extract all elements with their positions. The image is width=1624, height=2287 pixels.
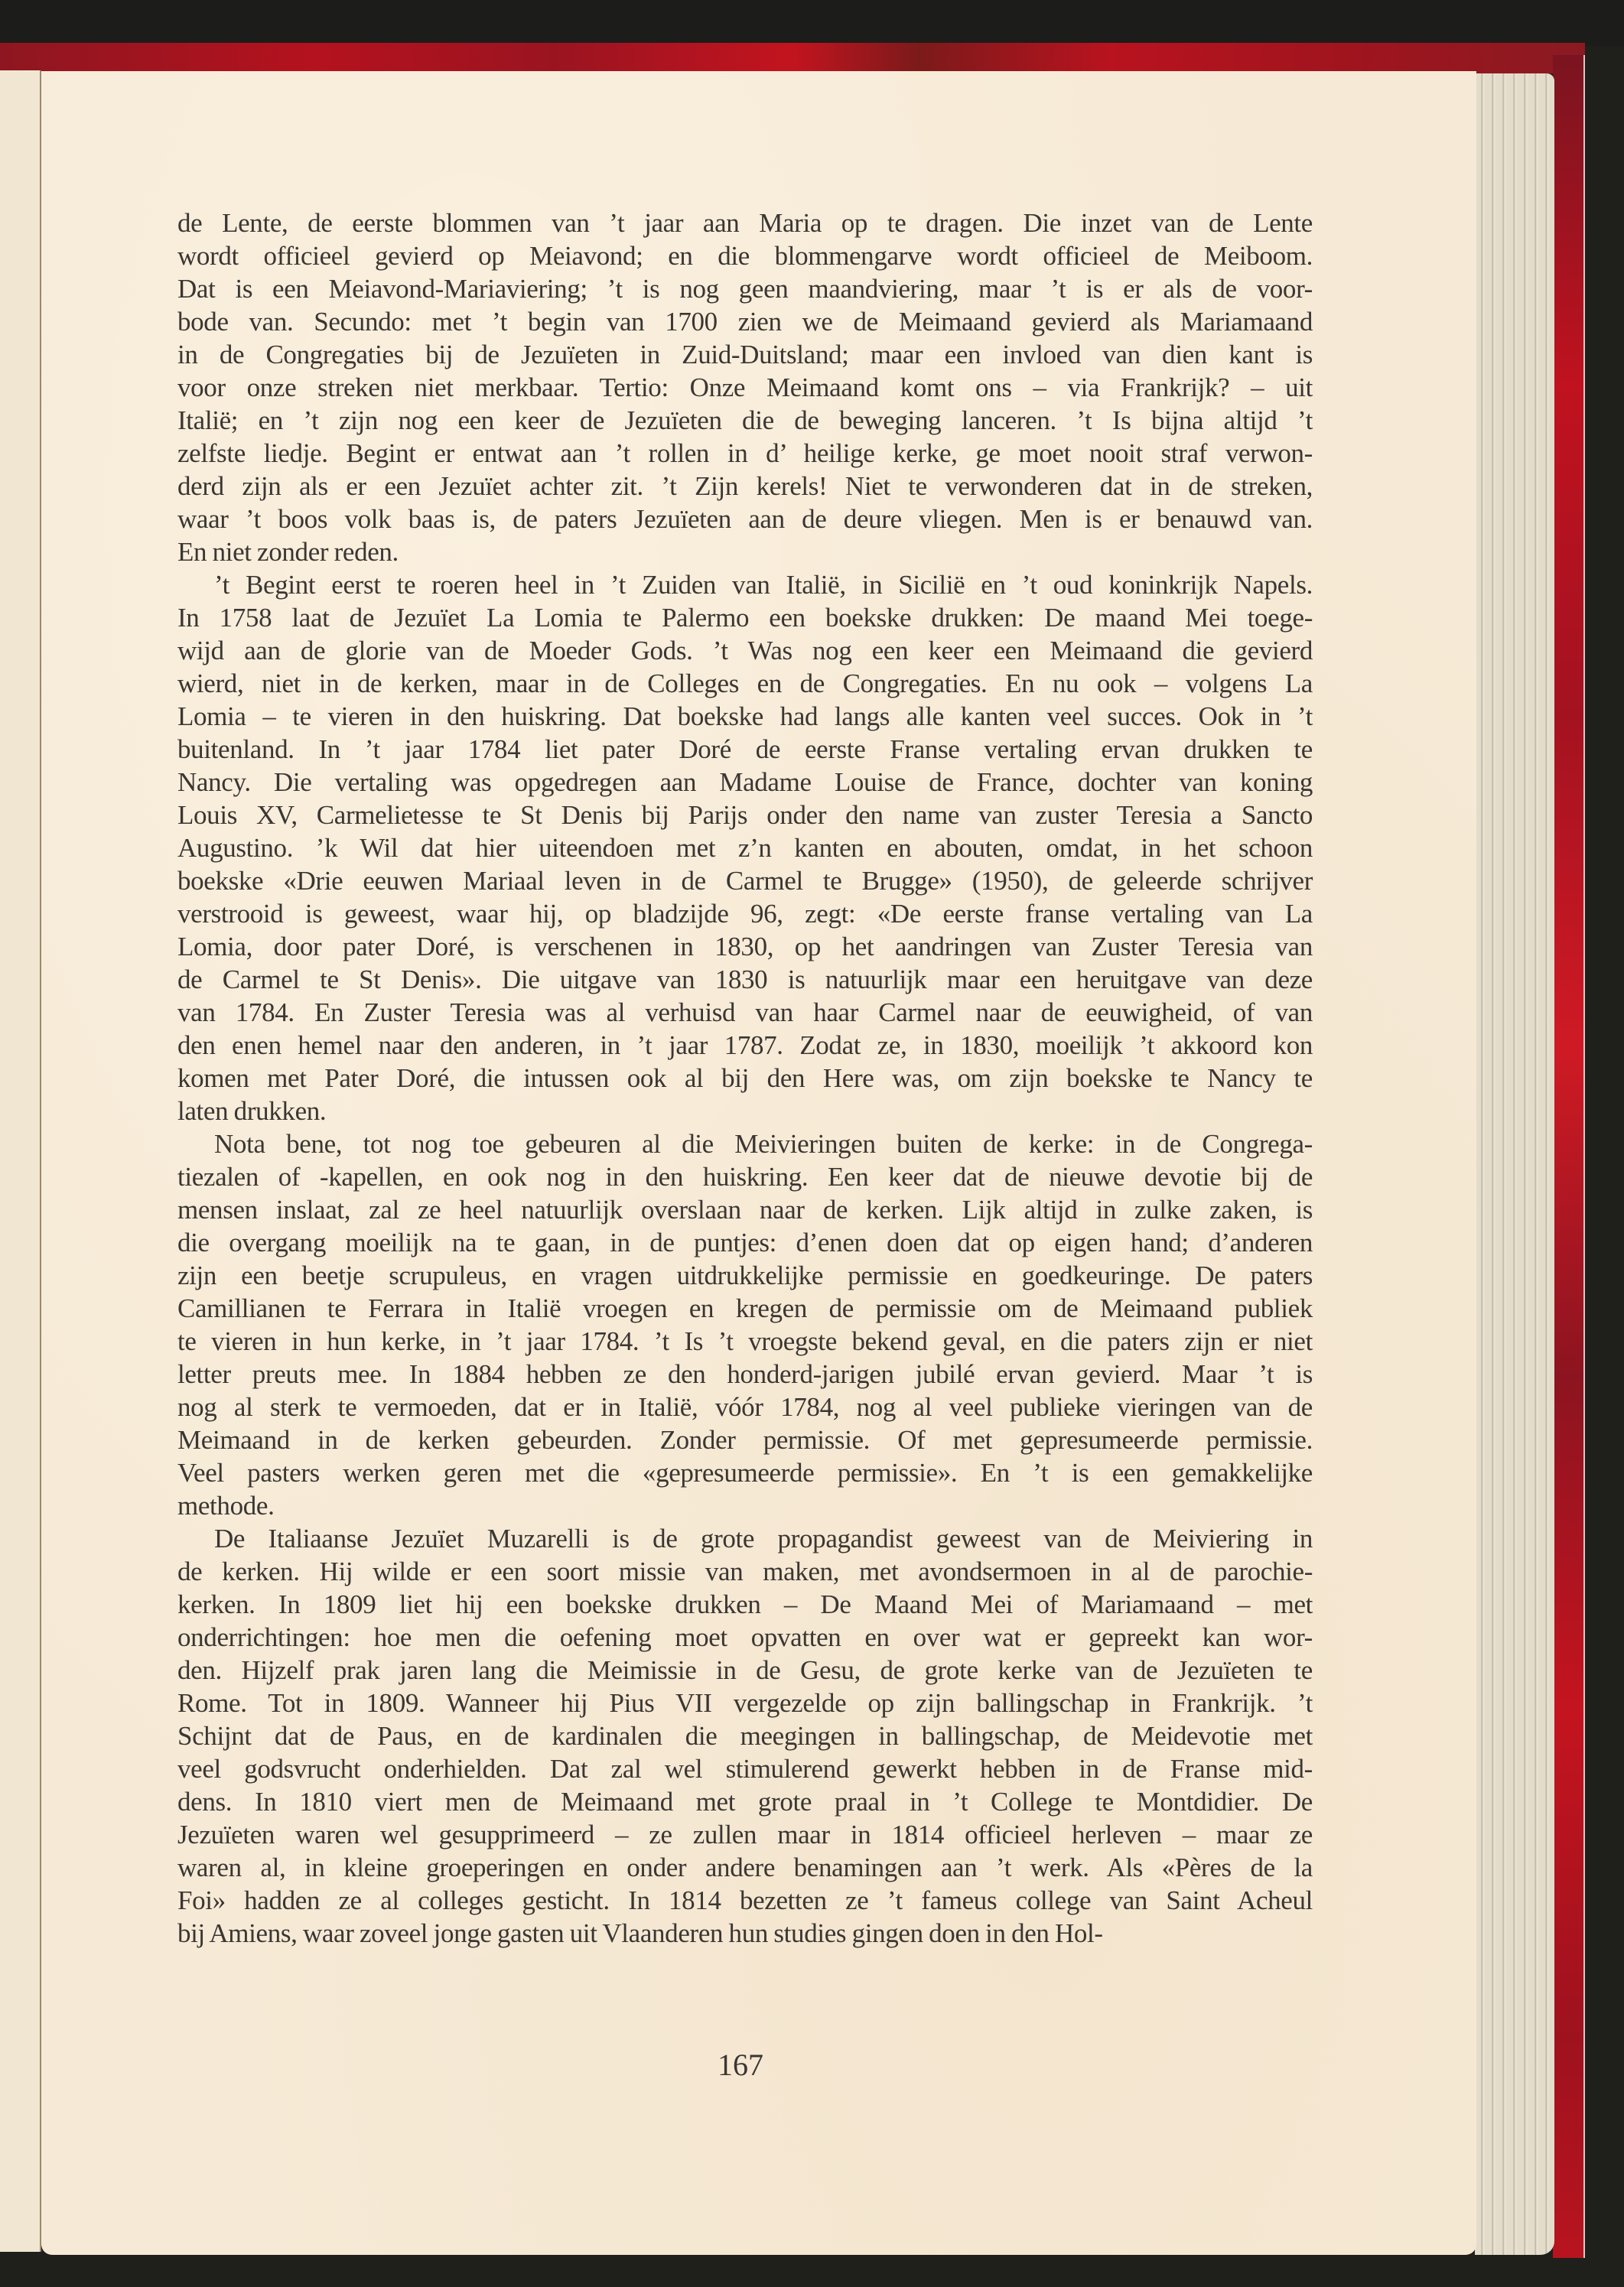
text-line: Louis XV, Carmelietesse te St Denis bij … [177, 799, 1313, 831]
text-line: de kerken. Hij wilde er een soort missie… [177, 1555, 1313, 1588]
book-cover-top-edge [0, 43, 1585, 73]
text-line: bij Amiens, waar zoveel jonge gasten uit… [177, 1917, 1313, 1950]
paragraph: de Lente, de eerste blommen van ’t jaar … [177, 207, 1313, 568]
text-line: Camillianen te Ferrara in Italië vroegen… [177, 1292, 1313, 1325]
previous-page-edge [0, 70, 40, 2252]
text-line: letter preuts mee. In 1884 hebben ze den… [177, 1358, 1313, 1391]
text-line: den. Hijzelf prak jaren lang die Meimiss… [177, 1654, 1313, 1687]
scan-background [0, 0, 1624, 46]
text-line: in de Congregaties bij de Jezuïeten in Z… [177, 338, 1313, 371]
text-line: te vieren in hun kerke, in ’t jaar 1784.… [177, 1325, 1313, 1358]
text-line: En niet zonder reden. [177, 535, 1313, 568]
page-number: 167 [718, 2047, 763, 2084]
text-line: boekske «Drie eeuwen Mariaal leven in de… [177, 864, 1313, 897]
text-line: waren al, in kleine groeperingen en onde… [177, 1851, 1313, 1884]
text-line: Augustino. ’k Wil dat hier uiteendoen me… [177, 831, 1313, 864]
text-line: mensen inslaat, zal ze heel natuurlijk o… [177, 1193, 1313, 1226]
text-line: veel godsvrucht onderhielden. Dat zal we… [177, 1752, 1313, 1785]
text-line: Italië; en ’t zijn nog een keer de Jezuï… [177, 404, 1313, 437]
paragraph: ’t Begint eerst te roeren heel in ’t Zui… [177, 568, 1313, 1127]
text-line: van 1784. En Zuster Teresia was al verhu… [177, 996, 1313, 1029]
text-line: De Italiaanse Jezuïet Muzarelli is de gr… [177, 1522, 1313, 1555]
text-line: wierd, niet in de kerken, maar in de Col… [177, 667, 1313, 700]
text-line: die overgang moeilijk na te gaan, in de … [177, 1226, 1313, 1259]
text-line: voor onze streken niet merkbaar. Tertio:… [177, 371, 1313, 404]
text-line: Lomia – te vieren in den huiskring. Dat … [177, 700, 1313, 733]
text-line: tiezalen of -kapellen, en ook nog in den… [177, 1160, 1313, 1193]
text-line: wordt officieel gevierd op Meiavond; en … [177, 239, 1313, 272]
page-body-text: de Lente, de eerste blommen van ’t jaar … [177, 207, 1313, 1950]
text-line: de Lente, de eerste blommen van ’t jaar … [177, 207, 1313, 239]
text-line: Schijnt dat de Paus, en de kardinalen di… [177, 1719, 1313, 1752]
book-cover-right-edge [1553, 55, 1585, 2258]
text-line: derd zijn als er een Jezuïet achter zit.… [177, 470, 1313, 503]
page-stack-edges [1475, 73, 1554, 2255]
text-line: de Carmel te St Denis». Die uitgave van … [177, 963, 1313, 996]
text-line: verstrooid is geweest, waar hij, op blad… [177, 897, 1313, 930]
text-line: Nancy. Die vertaling was opgedregen aan … [177, 766, 1313, 799]
text-line: Rome. Tot in 1809. Wanneer hij Pius VII … [177, 1687, 1313, 1719]
text-line: buitenland. In ’t jaar 1784 liet pater D… [177, 733, 1313, 766]
text-line: zijn een beetje scrupuleus, en vragen ui… [177, 1259, 1313, 1292]
text-line: ’t Begint eerst te roeren heel in ’t Zui… [177, 568, 1313, 601]
text-line: zelfste liedje. Begint er entwat aan ’t … [177, 437, 1313, 470]
text-line: methode. [177, 1489, 1313, 1522]
text-line: waar ’t boos volk baas is, de paters Jez… [177, 503, 1313, 535]
text-line: nog al sterk te vermoeden, dat er in Ita… [177, 1391, 1313, 1423]
text-line: Nota bene, tot nog toe gebeuren al die M… [177, 1127, 1313, 1160]
text-line: komen met Pater Doré, die intussen ook a… [177, 1062, 1313, 1095]
text-line: Meimaand in de kerken gebeurden. Zonder … [177, 1423, 1313, 1456]
text-line: laten drukken. [177, 1095, 1313, 1127]
paragraph: Nota bene, tot nog toe gebeuren al die M… [177, 1127, 1313, 1522]
text-line: Foi» hadden ze al colleges gesticht. In … [177, 1884, 1313, 1917]
text-line: Veel pasters werken geren met die «gepre… [177, 1456, 1313, 1489]
text-line: In 1758 laat de Jezuïet La Lomia te Pale… [177, 601, 1313, 634]
text-line: Dat is een Meiavond-Mariaviering; ’t is … [177, 272, 1313, 305]
text-line: kerken. In 1809 liet hij een boekske dru… [177, 1588, 1313, 1621]
text-line: Jezuïeten waren wel gesupprimeerd – ze z… [177, 1818, 1313, 1851]
text-line: Lomia, door pater Doré, is verschenen in… [177, 930, 1313, 963]
text-line: den enen hemel naar den anderen, in ’t j… [177, 1029, 1313, 1062]
paragraph: De Italiaanse Jezuïet Muzarelli is de gr… [177, 1522, 1313, 1950]
text-line: onderrichtingen: hoe men die oefening mo… [177, 1621, 1313, 1654]
text-line: dens. In 1810 viert men de Meimaand met … [177, 1785, 1313, 1818]
text-line: bode van. Secundo: met ’t begin van 1700… [177, 305, 1313, 338]
text-line: wijd aan de glorie van de Moeder Gods. ’… [177, 634, 1313, 667]
